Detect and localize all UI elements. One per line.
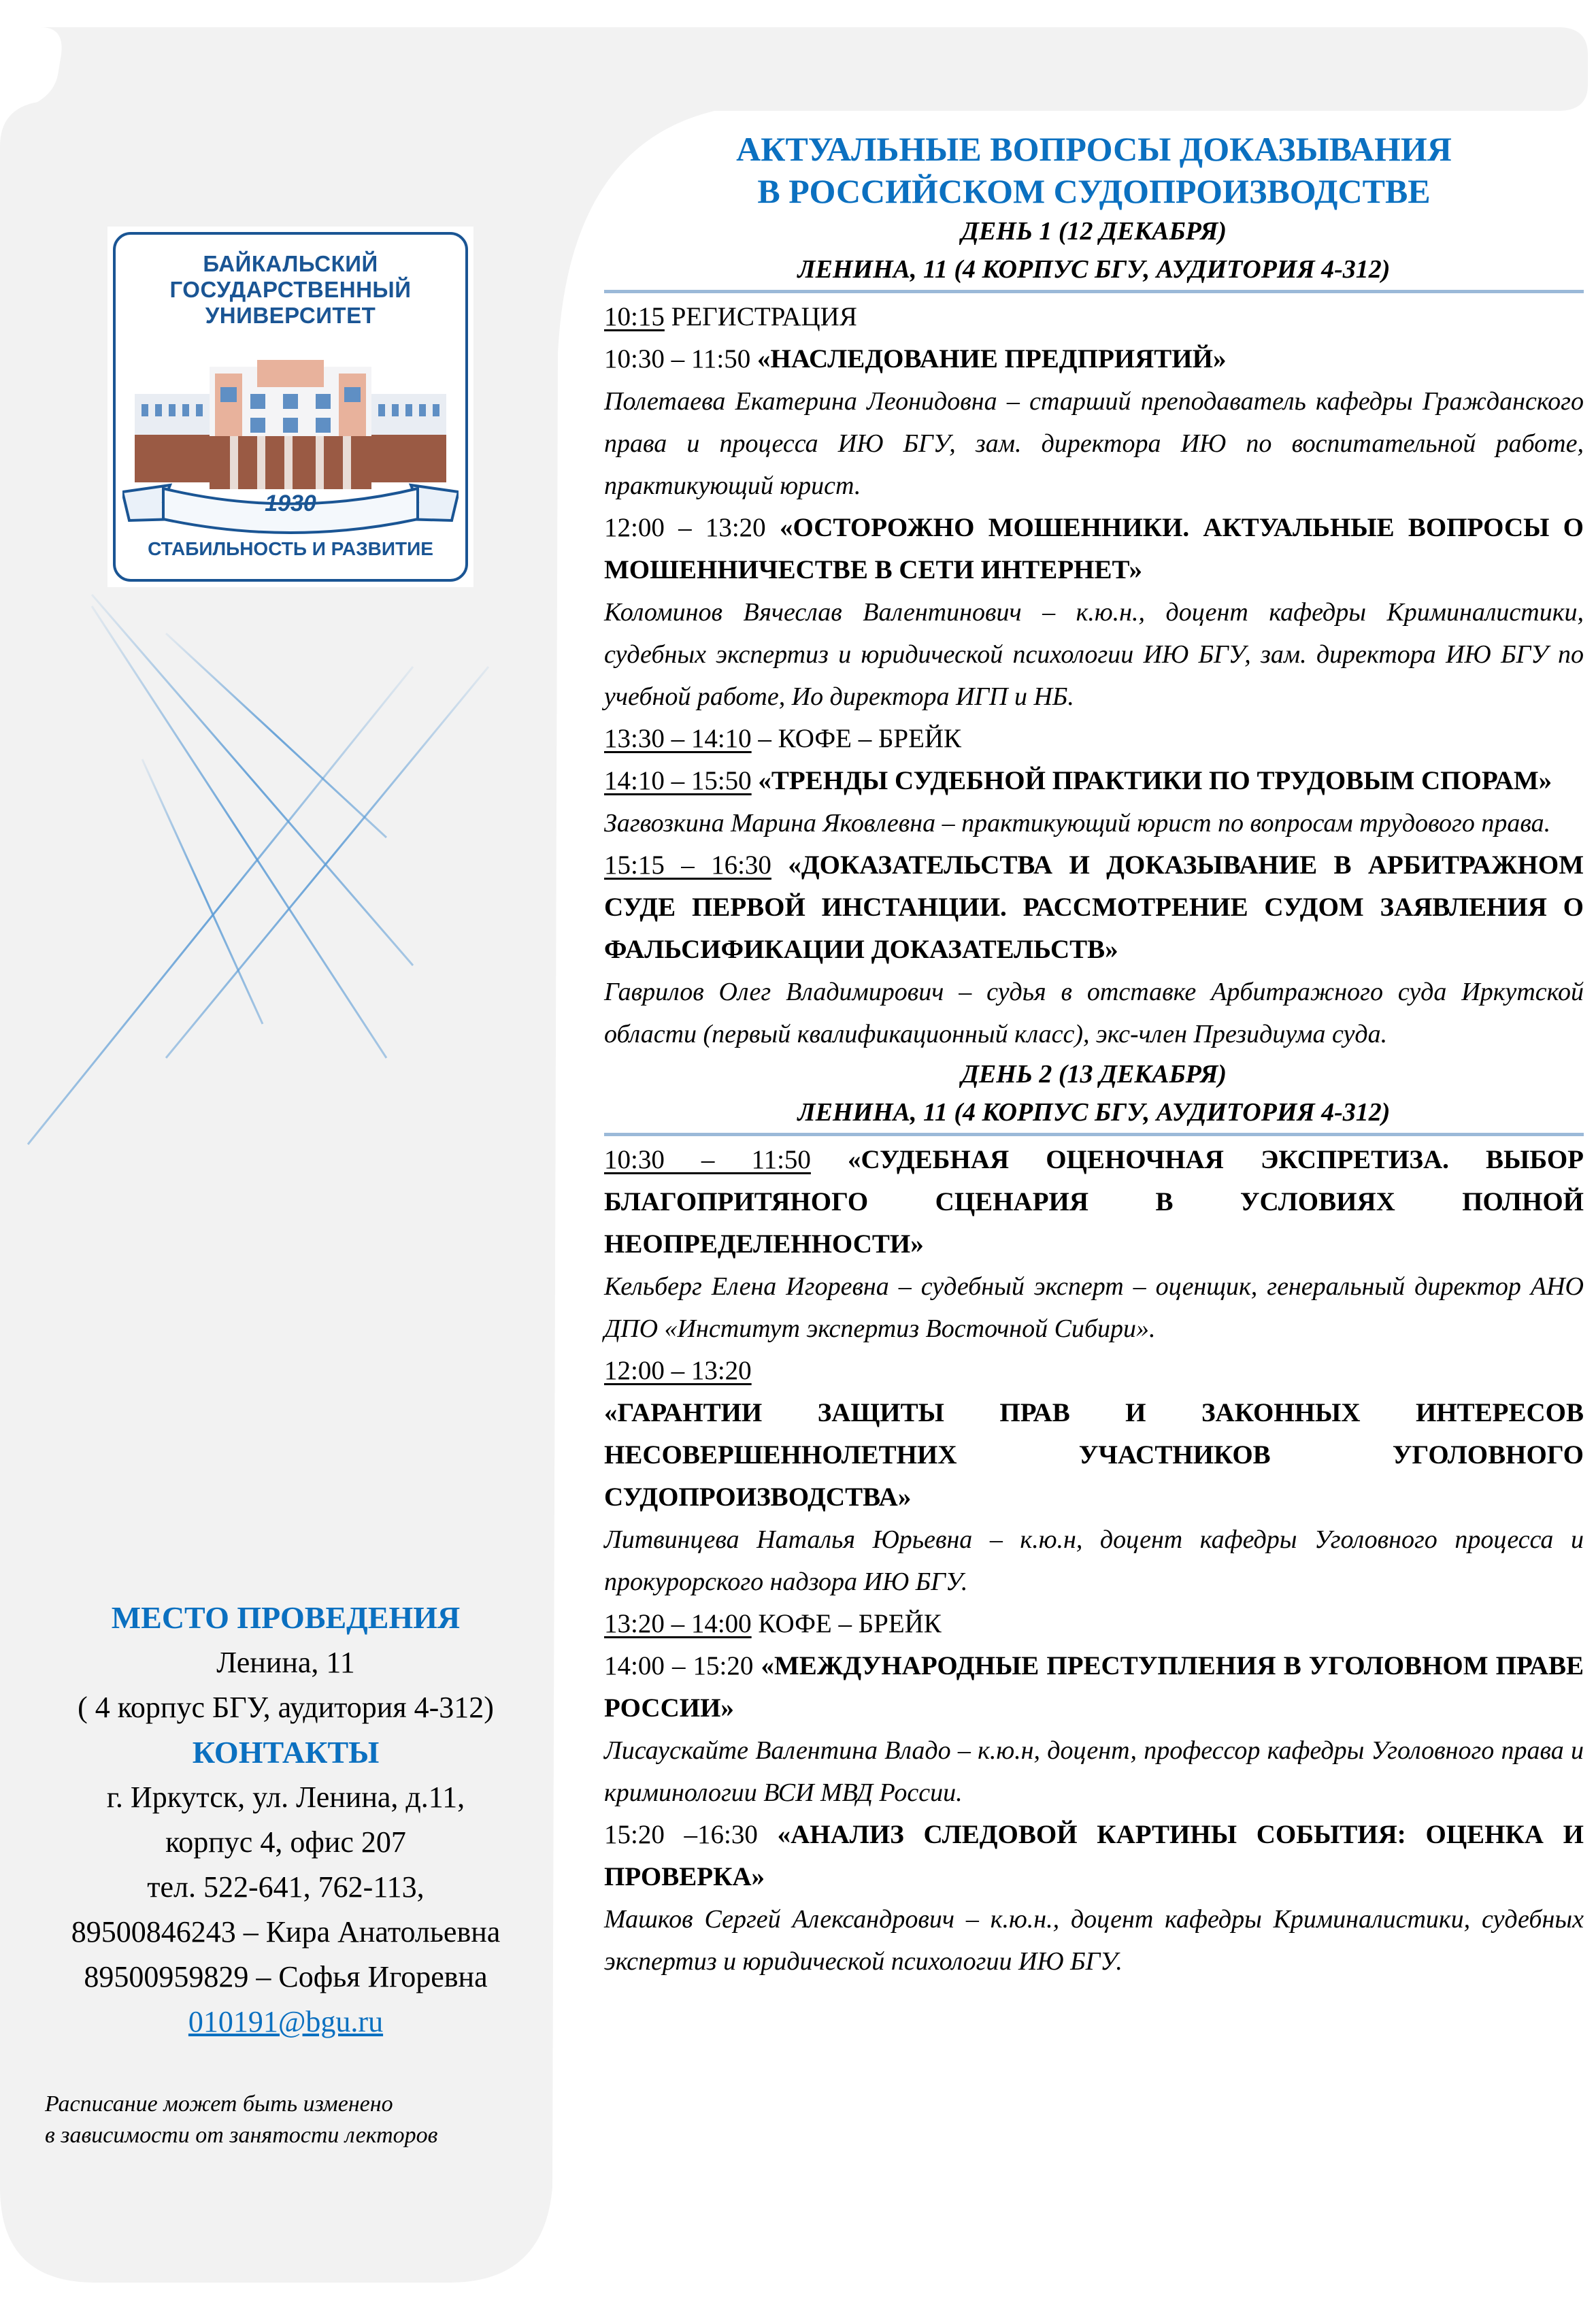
schedule-topic: «ГАРАНТИИ ЗАЩИТЫ ПРАВ И ЗАКОННЫХ ИНТЕРЕС… [604, 1392, 1584, 1519]
divider [604, 290, 1584, 293]
schedule-note: Расписание может быть изменено в зависим… [45, 2089, 437, 2151]
day-title: ДЕНЬ 2 (13 ДЕКАБРЯ) [604, 1055, 1584, 1093]
venue-contacts: МЕСТО ПРОВЕДЕНИЯ Ленина, 11 ( 4 корпус Б… [27, 1595, 544, 2044]
program: АКТУАЛЬНЫЕ ВОПРОСЫ ДОКАЗЫВАНИЯ В РОССИЙС… [604, 128, 1584, 1983]
day-title: ДЕНЬ 1 (12 ДЕКАБРЯ) [604, 212, 1584, 250]
schedule-item: 14:00 – 15:20 «МЕЖДУНАРОДНЫЕ ПРЕСТУПЛЕНИ… [604, 1645, 1584, 1729]
university-logo: БАЙКАЛЬСКИЙ ГОСУДАРСТВЕННЫЙ УНИВЕРСИТЕТ [107, 227, 473, 587]
address-line: корпус 4, офис 207 [27, 1820, 544, 1865]
schedule-item: 10:30 – 11:50 «СУДЕБНАЯ ОЦЕНОЧНАЯ ЭКСПРЕ… [604, 1139, 1584, 1265]
venue-line: ( 4 корпус БГУ, аудитория 4-312) [27, 1685, 544, 1730]
schedule-item: 10:30 – 11:50 «НАСЛЕДОВАНИЕ ПРЕДПРИЯТИЙ» [604, 338, 1584, 380]
contact-person: 89500959829 – Софья Игоревна [27, 1955, 544, 2000]
speaker: Кельберг Елена Игоревна – судебный экспе… [604, 1265, 1584, 1350]
coffee-break: 13:30 – 14:10 – КОФЕ – БРЕЙК [604, 718, 1584, 760]
contact-person: 89500846243 – Кира Анатольевна [27, 1910, 544, 1955]
speaker: Машков Сергей Александрович – к.ю.н., до… [604, 1898, 1584, 1983]
venue-line: Ленина, 11 [27, 1640, 544, 1685]
speaker: Загвозкина Марина Яковлевна – практикующ… [604, 802, 1584, 844]
speaker: Коломинов Вячеслав Валентинович – к.ю.н.… [604, 591, 1584, 718]
logo-year: 1930 [107, 491, 473, 517]
divider [604, 1133, 1584, 1136]
sidebar: БАЙКАЛЬСКИЙ ГОСУДАРСТВЕННЫЙ УНИВЕРСИТЕТ [0, 0, 578, 2320]
speaker: Литвинцева Наталья Юрьевна – к.ю.н, доце… [604, 1519, 1584, 1603]
coffee-break: 13:20 – 14:00 КОФЕ – БРЕЙК [604, 1603, 1584, 1645]
day-1: ДЕНЬ 1 (12 ДЕКАБРЯ) ЛЕНИНА, 11 (4 КОРПУС… [604, 212, 1584, 1055]
day-2: ДЕНЬ 2 (13 ДЕКАБРЯ) ЛЕНИНА, 11 (4 КОРПУС… [604, 1055, 1584, 1983]
email-link[interactable]: 010191@bgu.ru [188, 2005, 383, 2038]
phones: тел. 522-641, 762-113, [27, 1865, 544, 1910]
schedule-item: 15:20 –16:30 «АНАЛИЗ СЛЕДОВОЙ КАРТИНЫ СО… [604, 1814, 1584, 1898]
day-location: ЛЕНИНА, 11 (4 КОРПУС БГУ, АУДИТОРИЯ 4-31… [604, 250, 1584, 288]
schedule-item: 12:00 – 13:20 «ОСТОРОЖНО МОШЕННИКИ. АКТУ… [604, 507, 1584, 591]
schedule-item: 14:10 – 15:50 «ТРЕНДЫ СУДЕБНОЙ ПРАКТИКИ … [604, 760, 1584, 802]
contacts-heading: КОНТАКТЫ [27, 1730, 544, 1775]
speaker: Гаврилов Олег Владимирович – судья в отс… [604, 971, 1584, 1055]
schedule-item: 15:15 – 16:30 «ДОКАЗАТЕЛЬСТВА И ДОКАЗЫВА… [604, 844, 1584, 971]
speaker: Полетаева Екатерина Леонидовна – старший… [604, 380, 1584, 507]
logo-motto: СТАБИЛЬНОСТЬ И РАЗВИТИЕ [107, 538, 473, 560]
decorative-lines [0, 578, 578, 1191]
venue-heading: МЕСТО ПРОВЕДЕНИЯ [27, 1595, 544, 1640]
speaker: Лисаускайте Валентина Владо – к.ю.н, доц… [604, 1729, 1584, 1814]
schedule-item: 10:15 РЕГИСТРАЦИЯ [604, 296, 1584, 338]
schedule-item: 12:00 – 13:20 [604, 1350, 1584, 1392]
page-title: АКТУАЛЬНЫЕ ВОПРОСЫ ДОКАЗЫВАНИЯ В РОССИЙС… [604, 128, 1584, 212]
logo-title: БАЙКАЛЬСКИЙ ГОСУДАРСТВЕННЫЙ УНИВЕРСИТЕТ [107, 251, 473, 329]
address-line: г. Иркутск, ул. Ленина, д.11, [27, 1775, 544, 1820]
day-location: ЛЕНИНА, 11 (4 КОРПУС БГУ, АУДИТОРИЯ 4-31… [604, 1093, 1584, 1131]
